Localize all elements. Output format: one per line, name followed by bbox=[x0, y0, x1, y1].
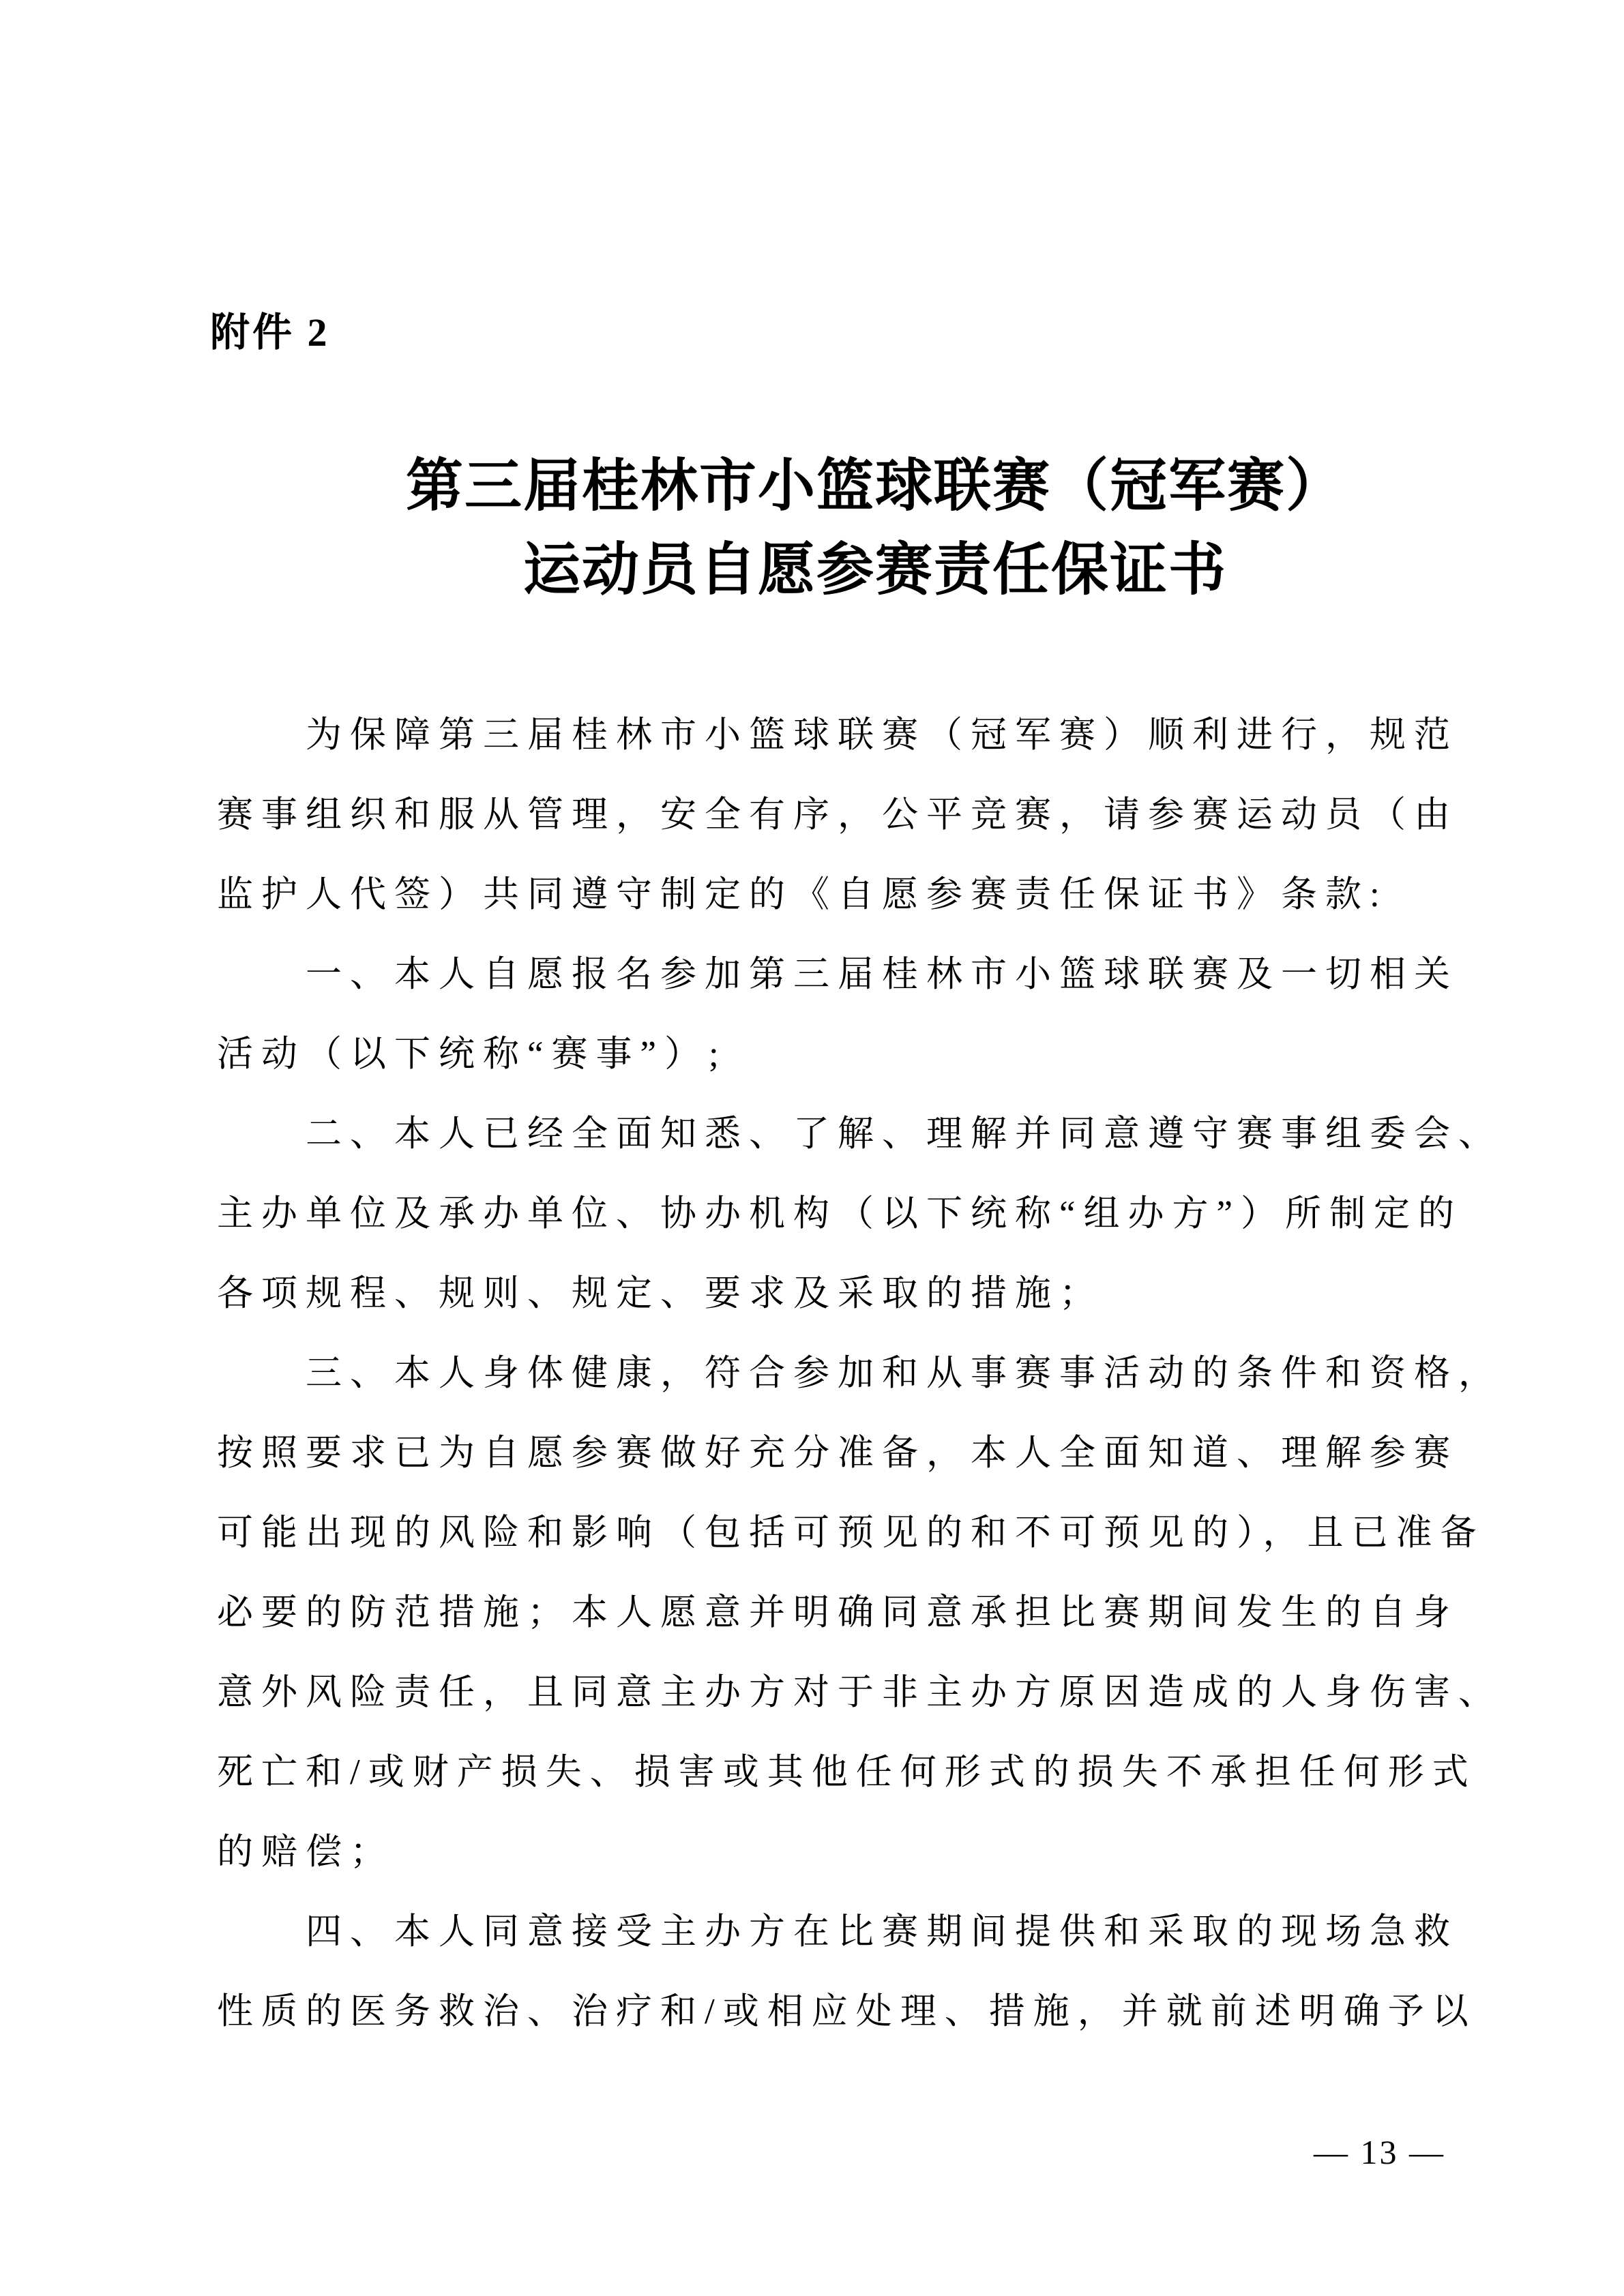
body-text-line: 监护人代签）共同遵守制定的《自愿参赛责任保证书》条款: bbox=[217, 855, 1448, 935]
body-text-line: 主办单位及承办单位、协办机构（以下统称“组办方”）所制定的 bbox=[217, 1174, 1448, 1254]
body-text-line: 各项规程、规则、规定、要求及采取的措施； bbox=[217, 1254, 1448, 1334]
body-text-line: 必要的防范措施；本人愿意并明确同意承担比赛期间发生的自身 bbox=[217, 1573, 1448, 1653]
body-text-line: 的赔偿； bbox=[217, 1813, 1448, 1892]
body-text-line: 四、本人同意接受主办方在比赛期间提供和采取的现场急救 bbox=[217, 1892, 1448, 1972]
body-text-line: 二、本人已经全面知悉、了解、理解并同意遵守赛事组委会、 bbox=[217, 1094, 1448, 1174]
body-text-line: 活动（以下统称“赛事”）; bbox=[217, 1015, 1448, 1094]
body-text-line: 性质的医务救治、治疗和/或相应处理、措施，并就前述明确予以 bbox=[217, 1972, 1448, 2052]
body-text-line: 可能出现的风险和影响（包括可预见的和不可预见的），且已准备 bbox=[217, 1493, 1448, 1573]
page-number: — 13 — bbox=[1314, 2132, 1445, 2173]
body-text-line: 死亡和/或财产损失、损害或其他任何形式的损失不承担任何形式 bbox=[217, 1733, 1448, 1813]
attachment-label: 附件 2 bbox=[210, 305, 330, 360]
body-text-line: 按照要求已为自愿参赛做好充分准备，本人全面知道、理解参赛 bbox=[217, 1414, 1448, 1493]
document-title-line-1: 第三届桂林市小篮球联赛（冠军赛） bbox=[126, 445, 1624, 528]
body-text-line: 一、本人自愿报名参加第三届桂林市小篮球联赛及一切相关 bbox=[217, 935, 1448, 1015]
document-title-line-2: 运动员自愿参赛责任保证书 bbox=[126, 528, 1624, 612]
body-text-line: 赛事组织和服从管理，安全有序，公平竞赛，请参赛运动员（由 bbox=[217, 775, 1448, 855]
body-text-line: 三、本人身体健康，符合参加和从事赛事活动的条件和资格， bbox=[217, 1334, 1448, 1414]
document-page: 附件 2 第三届桂林市小篮球联赛（冠军赛） 运动员自愿参赛责任保证书 为保障第三… bbox=[0, 0, 1624, 2296]
document-body: 为保障第三届桂林市小篮球联赛（冠军赛）顺利进行，规范赛事组织和服从管理，安全有序… bbox=[217, 696, 1448, 2052]
document-title: 第三届桂林市小篮球联赛（冠军赛） 运动员自愿参赛责任保证书 bbox=[0, 445, 1624, 612]
body-text-line: 为保障第三届桂林市小篮球联赛（冠军赛）顺利进行，规范 bbox=[217, 696, 1448, 775]
body-text-line: 意外风险责任，且同意主办方对于非主办方原因造成的人身伤害、 bbox=[217, 1653, 1448, 1733]
